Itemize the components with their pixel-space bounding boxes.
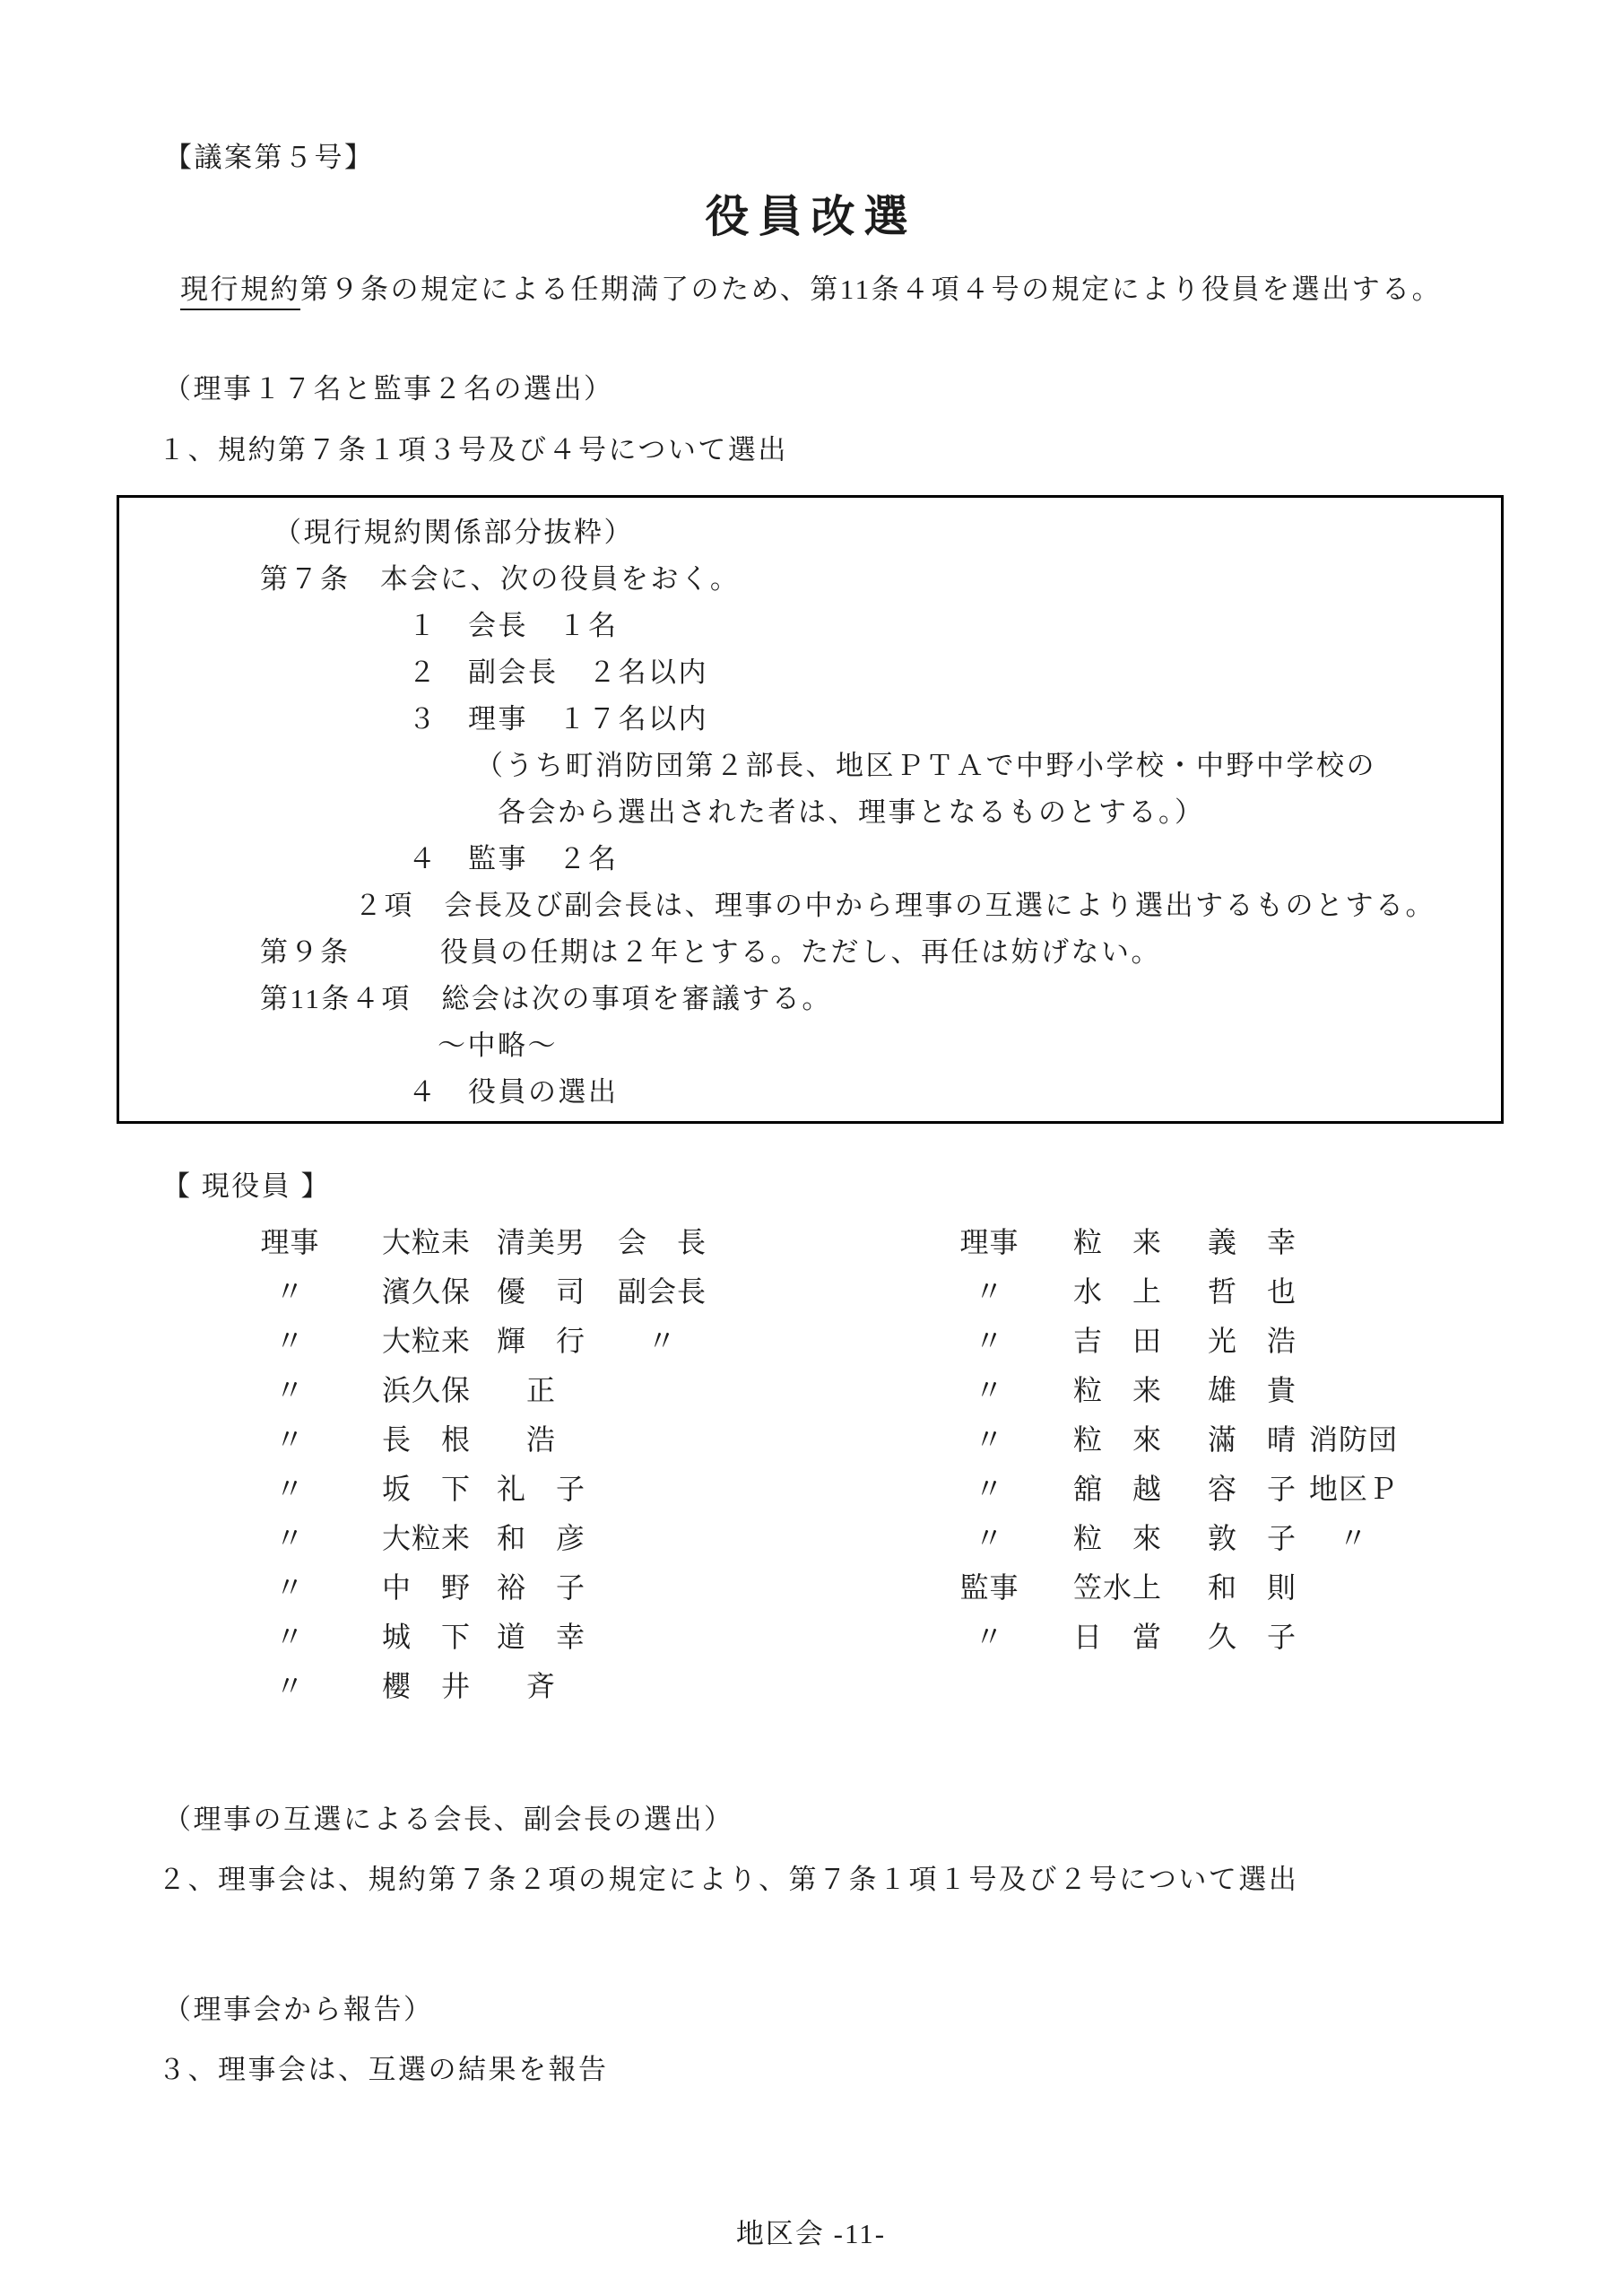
officer-position-note: 〃 [618,1317,677,1366]
officers-column-left: 理事大粒耒清美男会 長 〃濱久保優 司副会長 〃大粒来輝 行 〃 〃浜久保 正 … [260,1218,707,1711]
intro-underlined-text: 現行規約 [180,274,300,310]
officer-role: 理事 [959,1218,1073,1267]
officer-role: 〃 [260,1267,382,1317]
officer-role: 〃 [260,1415,382,1465]
current-officers-heading: 【 現役員 】 [162,1163,331,1204]
section1-note: （理事１７名と監事２名の選出） [163,366,614,406]
officer-row: 〃粒 來敦 子 〃 [959,1514,1398,1563]
officer-given-name: 滿 晴 [1208,1415,1309,1465]
officer-given-name: 久 子 [1208,1613,1309,1662]
section3-note: （理事会から報告） [163,1987,434,2027]
bylaw-item-election: ４ 役員の選出 [408,1069,1501,1116]
officer-position-note: 消防団 [1309,1415,1398,1465]
officer-given-name: 礼 子 [497,1465,618,1514]
officer-role: 〃 [260,1465,382,1514]
officer-role: 〃 [260,1613,382,1662]
officer-row: 〃粒 来雄 貴 [959,1366,1398,1415]
officer-row: 〃日 當久 子 [959,1613,1398,1662]
bylaw-item-directors: ３ 理事 １７名以内 [408,696,1501,743]
officer-row: 理事大粒耒清美男会 長 [260,1218,707,1267]
officer-family-name: 粒 來 [1073,1514,1208,1563]
officer-role: 〃 [260,1563,382,1613]
officer-family-name: 大粒来 [382,1317,497,1366]
officer-role: 〃 [260,1366,382,1415]
officer-given-name: 光 浩 [1208,1317,1309,1366]
agenda-document-page: 【議案第５号】 役員改選 現行規約第９条の規定による任期満了のため、第11条４項… [0,0,1622,2296]
officer-row: 理事粒 来義 幸 [959,1218,1398,1267]
officer-row: 〃櫻 井 斉 [260,1662,707,1711]
officers-column-right: 理事粒 来義 幸 〃水 上哲 也 〃吉 田光 浩 〃粒 来雄 貴 〃粒 來滿 晴… [959,1218,1398,1662]
officer-row: 監事笠水上和 則 [959,1563,1398,1613]
bylaw-note-line2: 各会から選出された者は、理事となるものとする。） [498,789,1501,836]
officer-family-name: 長 根 [382,1415,497,1465]
officer-family-name: 吉 田 [1073,1317,1208,1366]
officer-role: 監事 [959,1563,1073,1613]
intro-paragraph: 現行規約第９条の規定による任期満了のため、第11条４項４号の規定により役員を選出… [180,266,1442,307]
officer-role: 〃 [959,1514,1073,1563]
officer-family-name: 粒 來 [1073,1415,1208,1465]
officer-role: 〃 [959,1415,1073,1465]
officer-role: 〃 [959,1317,1073,1366]
officer-row: 〃大粒来輝 行 〃 [260,1317,707,1366]
bylaw-paragraph2: ２項 会長及び副会長は、理事の中から理事の互選により選出するものとする。 [354,883,1501,929]
officer-role: 理事 [260,1218,382,1267]
officer-role: 〃 [260,1662,382,1711]
officer-given-name: 容 子 [1208,1465,1309,1514]
bylaw-excerpt-box: （現行規約関係部分抜粋） 第７条 本会に、次の役員をおく。 １ 会長 １名 ２ … [117,495,1504,1124]
officer-family-name: 水 上 [1073,1267,1208,1317]
officer-family-name: 中 野 [382,1563,497,1613]
officer-row: 〃中 野裕 子 [260,1563,707,1613]
bylaw-article11-4: 第11条４項 総会は次の事項を審議する。 [260,976,1501,1022]
officer-row: 〃水 上哲 也 [959,1267,1398,1317]
officer-row: 〃坂 下礼 子 [260,1465,707,1514]
officer-family-name: 坂 下 [382,1465,497,1514]
officer-position-note: 地区Ｐ [1309,1465,1398,1514]
officer-row: 〃大粒来和 彦 [260,1514,707,1563]
bylaw-item-vice: ２ 副会長 ２名以内 [408,649,1501,696]
agenda-number-label: 【議案第５号】 [164,135,375,175]
page-footer: 地区会 -11- [0,2211,1622,2251]
officer-role: 〃 [260,1317,382,1366]
section1-heading: １、規約第７条１項３号及び４号について選出 [158,427,788,467]
officer-row: 〃吉 田光 浩 [959,1317,1398,1366]
officer-family-name: 大粒耒 [382,1218,497,1267]
officer-given-name: 和 彦 [497,1514,618,1563]
officer-given-name: 哲 也 [1208,1267,1309,1317]
section2-heading: ２、理事会は、規約第７条２項の規定により、第７条１項１号及び２号について選出 [158,1857,1298,1897]
officer-row: 〃浜久保 正 [260,1366,707,1415]
officer-family-name: 城 下 [382,1613,497,1662]
officer-family-name: 粒 来 [1073,1366,1208,1415]
page-title: 役員改選 [0,182,1622,245]
officer-given-name: 義 幸 [1208,1218,1309,1267]
section3-heading: ３、理事会は、互選の結果を報告 [158,2047,609,2087]
bylaw-caption: （現行規約関係部分抜粋） [273,509,1501,556]
section2-note: （理事の互選による会長、副会長の選出） [163,1796,734,1837]
officer-family-name: 日 當 [1073,1613,1208,1662]
officer-position-note: 〃 [1309,1514,1368,1563]
officer-given-name: 優 司 [497,1267,618,1317]
officer-role: 〃 [959,1267,1073,1317]
officer-given-name: 道 幸 [497,1613,618,1662]
bylaw-item-auditors: ４ 監事 ２名 [408,836,1501,883]
officer-row: 〃舘 越容 子地区Ｐ [959,1465,1398,1514]
bylaw-item-chairman: １ 会長 １名 [408,603,1501,649]
officer-role: 〃 [260,1514,382,1563]
officer-family-name: 舘 越 [1073,1465,1208,1514]
bylaw-article9: 第９条 役員の任期は２年とする。ただし、再任は妨げない。 [260,929,1501,976]
officer-role: 〃 [959,1366,1073,1415]
intro-rest-text: 第９条の規定による任期満了のため、第11条４項４号の規定により役員を選出する。 [300,274,1442,305]
officer-position-note: 会 長 [618,1218,707,1267]
officer-family-name: 濱久保 [382,1267,497,1317]
officer-row: 〃粒 來滿 晴消防団 [959,1415,1398,1465]
officer-given-name: 敦 子 [1208,1514,1309,1563]
officer-given-name: 清美男 [497,1218,618,1267]
officer-role: 〃 [959,1613,1073,1662]
officer-given-name: 雄 貴 [1208,1366,1309,1415]
officer-row: 〃城 下道 幸 [260,1613,707,1662]
officer-family-name: 大粒来 [382,1514,497,1563]
officer-given-name: 輝 行 [497,1317,618,1366]
officer-family-name: 粒 来 [1073,1218,1208,1267]
officer-family-name: 笠水上 [1073,1563,1208,1613]
officer-position-note: 副会長 [618,1267,707,1317]
officer-role: 〃 [959,1465,1073,1514]
officer-given-name: 和 則 [1208,1563,1309,1613]
officer-row: 〃濱久保優 司副会長 [260,1267,707,1317]
bylaw-ellipsis: ～中略～ [438,1022,1501,1069]
bylaw-article7: 第７条 本会に、次の役員をおく。 [260,556,1501,603]
officer-given-name: 斉 [497,1662,618,1711]
officer-family-name: 櫻 井 [382,1662,497,1711]
officer-given-name: 正 [497,1366,618,1415]
officer-given-name: 裕 子 [497,1563,618,1613]
officer-given-name: 浩 [497,1415,618,1465]
officer-row: 〃長 根 浩 [260,1415,707,1465]
bylaw-note-line1: （うち町消防団第２部長、地区ＰＴＡで中野小学校・中野中学校の [475,743,1501,789]
officer-family-name: 浜久保 [382,1366,497,1415]
